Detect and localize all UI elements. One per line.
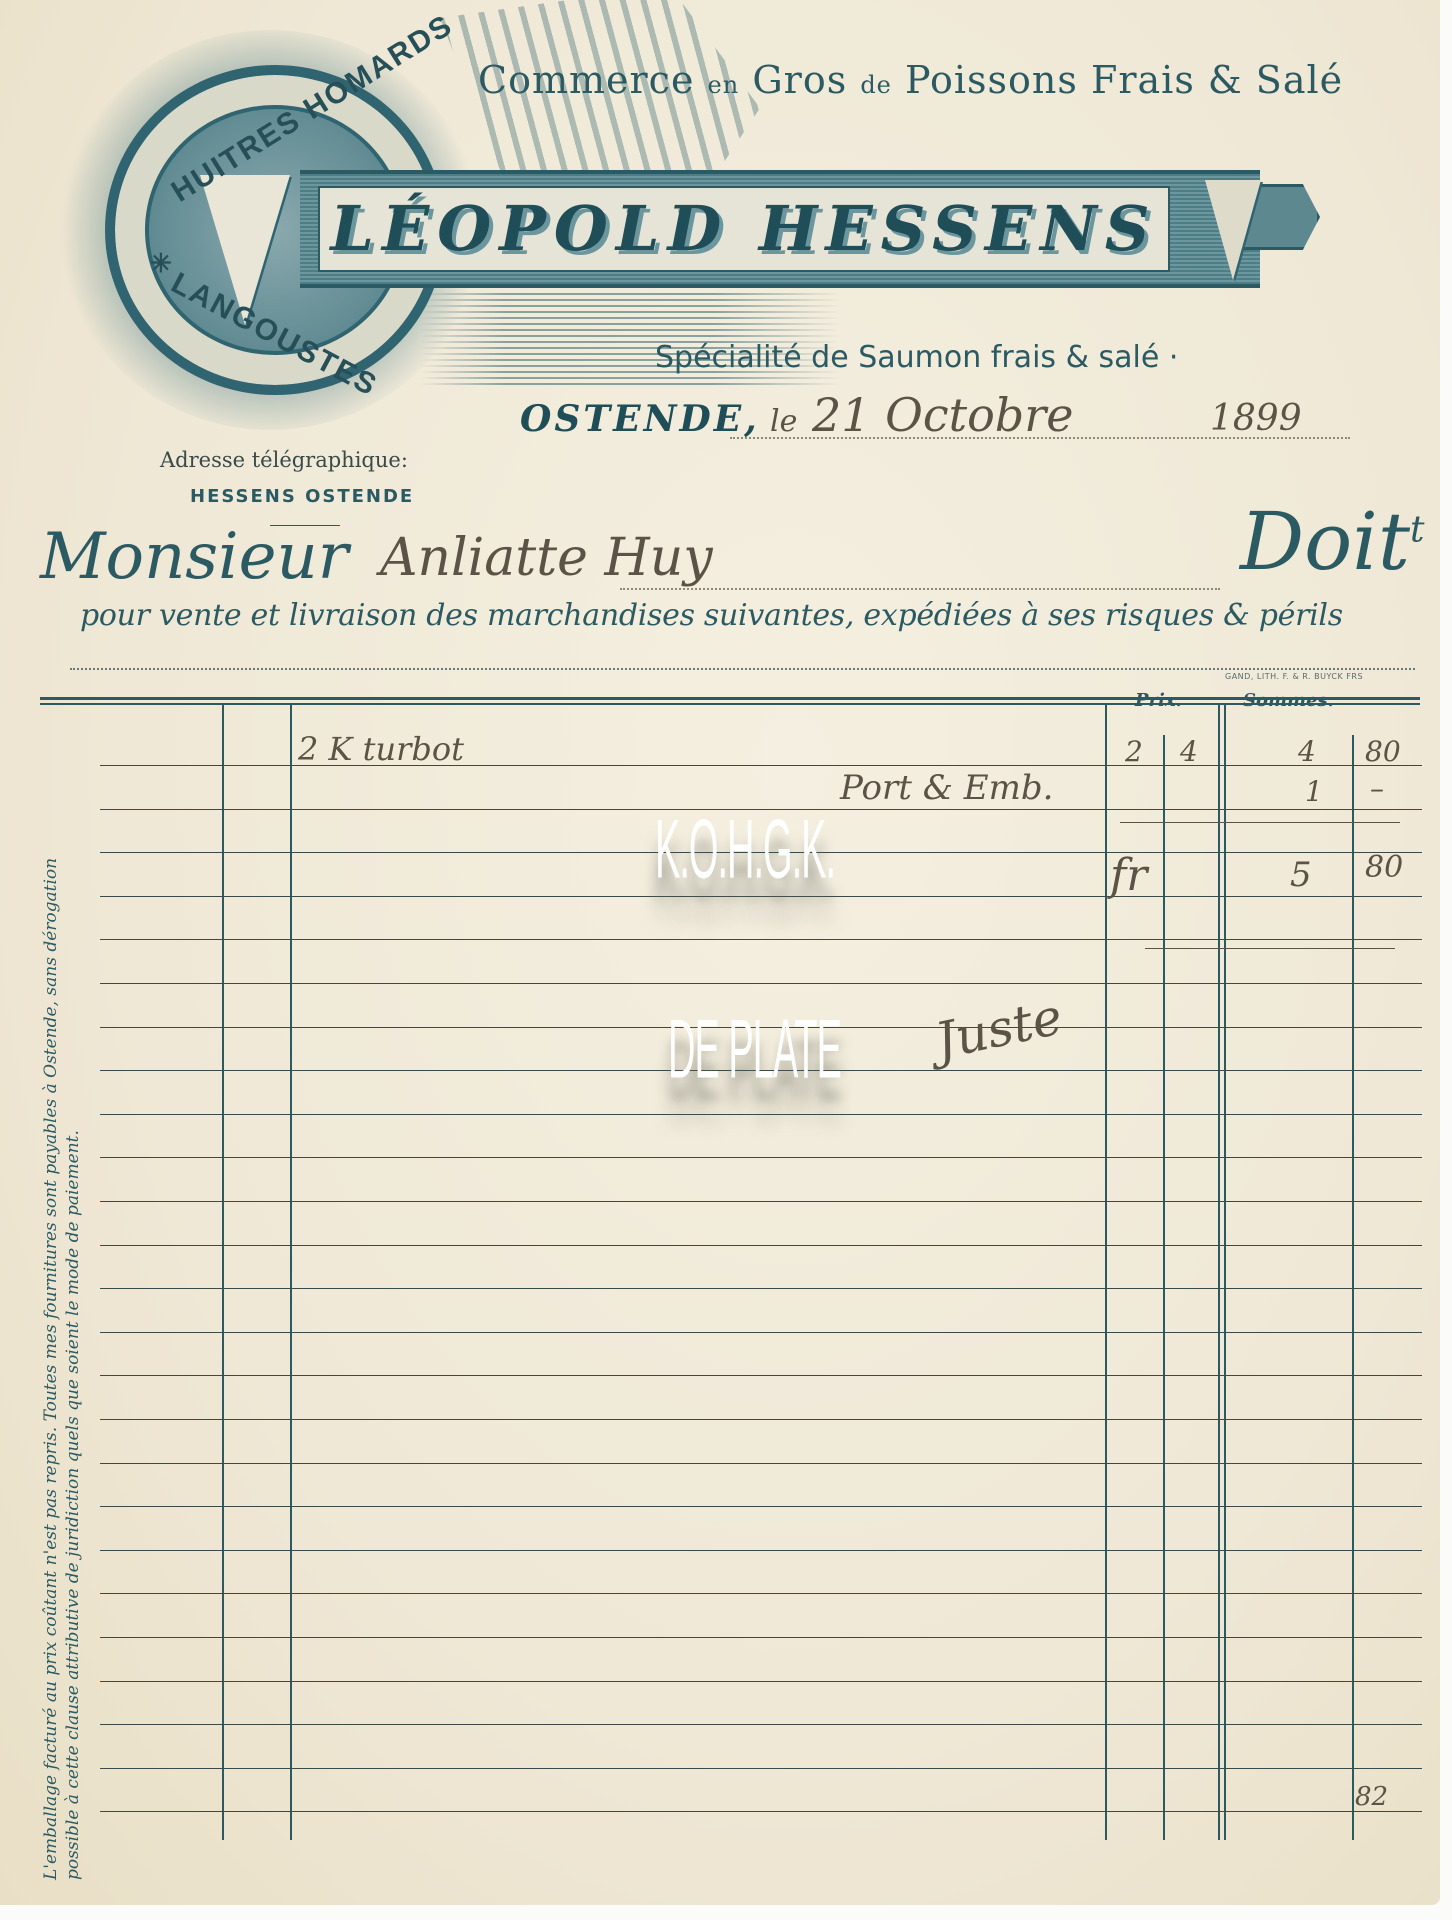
company-name: LÉOPOLD HESSENS xyxy=(320,192,1168,265)
ruled-line xyxy=(100,1593,1422,1594)
ruled-line xyxy=(100,1288,1422,1289)
city-name: OSTENDE, xyxy=(520,398,760,440)
column-rule-date xyxy=(222,705,224,1840)
ruled-line xyxy=(100,1506,1422,1507)
row-2-sommes-c: – xyxy=(1370,772,1384,805)
trade-commerce: Commerce xyxy=(478,58,694,102)
row-2-description: Port & Emb. xyxy=(840,768,1053,808)
ruled-line xyxy=(100,1332,1422,1333)
ruled-line xyxy=(100,1201,1422,1202)
watermark-line-2: DE PLATE xyxy=(668,1005,841,1100)
terms-side-note: L'emballage facturé au prix coûtant n'es… xyxy=(40,858,84,1880)
star-icon: ✳ xyxy=(150,248,174,279)
paper-cone-small-icon xyxy=(1205,180,1261,280)
total-rule xyxy=(1145,948,1395,949)
city-label: OSTENDE, xyxy=(520,398,760,440)
row-1-sommes-fr: 4 xyxy=(1298,735,1316,768)
row-1-prix-c: 4 xyxy=(1180,735,1198,768)
ruled-line xyxy=(100,1419,1422,1420)
header-prix: Prix. xyxy=(1135,690,1182,711)
terms-line-1: L'emballage facturé au prix coûtant n'es… xyxy=(40,858,62,1880)
row-1-prix-fr: 2 xyxy=(1125,735,1143,768)
ruled-line xyxy=(100,1245,1422,1246)
column-rule-description xyxy=(290,705,292,1840)
date-handwritten: le 21 Octobre xyxy=(770,388,1073,442)
footer-mark: 82 xyxy=(1355,1782,1388,1812)
table-top-rule-inner xyxy=(40,703,1420,705)
recipient-rule xyxy=(620,588,1220,590)
doit-label: Doitt xyxy=(1240,495,1425,588)
ruled-line xyxy=(100,1114,1422,1115)
ruled-line xyxy=(100,1550,1422,1551)
date-day-month: 21 Octobre xyxy=(812,388,1073,442)
row-2-sommes-fr: 1 xyxy=(1305,775,1323,808)
column-rule-sommes-left xyxy=(1218,705,1220,1840)
row-3-sommes-fr: 5 xyxy=(1290,855,1312,895)
row-3-prix-fr: fr xyxy=(1110,850,1147,901)
header-sommes: Sommes. xyxy=(1243,690,1334,711)
printer-credit: GAND, LITH. F. & R. BUYCK FRS xyxy=(1225,672,1363,681)
doit-sup: t xyxy=(1410,509,1424,550)
company-banner: LÉOPOLD HESSENS xyxy=(300,170,1260,288)
row-1-sommes-c: 80 xyxy=(1365,735,1401,768)
salutation: Monsieur xyxy=(40,520,348,594)
ruled-line xyxy=(100,1811,1422,1812)
subtotal-rule xyxy=(1120,822,1400,823)
doit-text: Doit xyxy=(1240,495,1410,588)
trade-de: de xyxy=(860,71,892,99)
ruled-line xyxy=(100,1157,1422,1158)
date-prefix: le xyxy=(770,404,797,439)
trade-gros: Gros xyxy=(752,58,847,102)
banner-panel: LÉOPOLD HESSENS xyxy=(318,186,1170,272)
ruled-line xyxy=(100,1768,1422,1769)
recipient-name: Anliatte Huy xyxy=(380,528,713,588)
row-1-description: 2 K turbot xyxy=(298,730,464,768)
specialty-line: Spécialité de Saumon frais & salé · xyxy=(655,340,1178,375)
table-top-rule xyxy=(40,697,1420,700)
trade-poissons: Poissons Frais & Salé xyxy=(905,58,1343,102)
ruled-line xyxy=(100,1463,1422,1464)
ruled-line xyxy=(100,939,1422,940)
preamble-text: pour vente et livraison des marchandises… xyxy=(80,598,1343,633)
terms-line-2: possible à cette clause attributive de j… xyxy=(62,858,84,1880)
date-year: 1899 xyxy=(1210,398,1302,439)
ruled-line xyxy=(100,983,1422,984)
trade-heading: Commerce en Gros de Poissons Frais & Sal… xyxy=(478,58,1343,102)
ruled-line xyxy=(100,1637,1422,1638)
ruled-line xyxy=(100,1375,1422,1376)
telegraph-label: Adresse télégraphique: xyxy=(160,448,408,472)
preamble-rule xyxy=(70,668,1415,670)
column-rule-prix-left xyxy=(1105,705,1107,1840)
trade-en: en xyxy=(708,71,740,99)
watermark-line-1: K.O.H.G.K. xyxy=(655,805,835,900)
telegraph-address: HESSENS OSTENDE xyxy=(190,486,414,507)
row-3-sommes-c: 80 xyxy=(1365,850,1403,885)
ruled-line xyxy=(100,1681,1422,1682)
ruled-line xyxy=(100,1724,1422,1725)
column-rule-sommes-left-double xyxy=(1224,705,1226,1840)
